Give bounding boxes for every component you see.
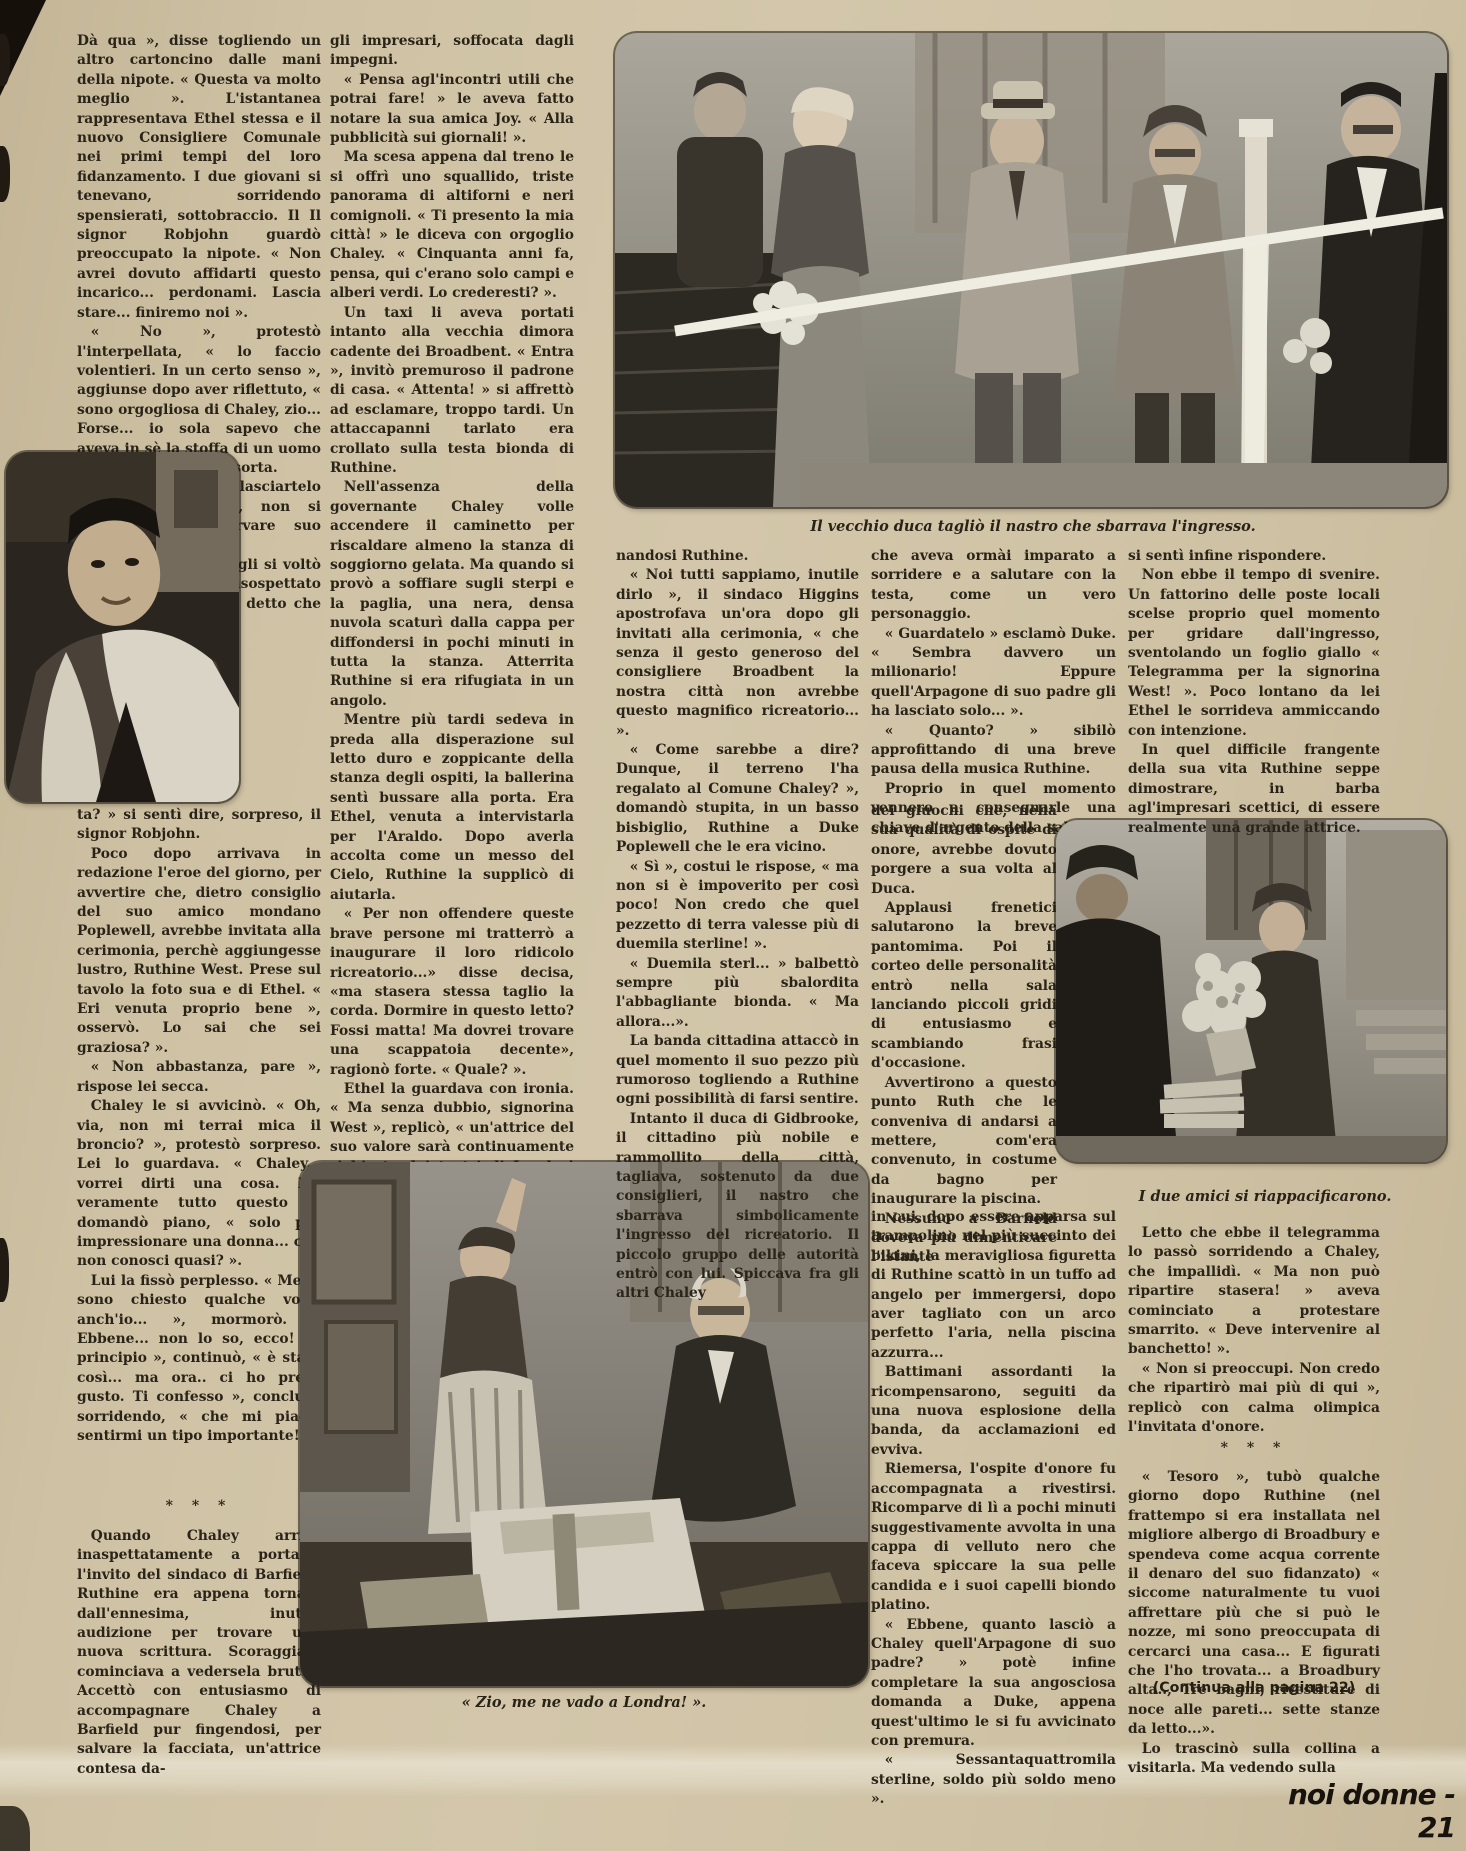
caption-middle-photo: « Zio, me ne vado a Londra! ». xyxy=(300,1694,868,1711)
photo-man-portrait-art xyxy=(6,452,239,802)
page-corner-shadow xyxy=(0,1806,30,1851)
paragraph: Quando Chaley arrivò inaspettatamente a … xyxy=(77,1527,321,1779)
paragraph: « Sì », costui le rispose, « ma non si è… xyxy=(616,858,859,955)
paragraph: Lui la fissò perplesso. « Me lo sono chi… xyxy=(77,1272,321,1447)
paragraph: si sentì infine rispondere. xyxy=(1128,547,1380,566)
article-column-1-bottom: ta? » si sentì dire, sorpreso, il signor… xyxy=(77,806,321,1446)
paragraph: Non ebbe il tempo di svenire. Un fattori… xyxy=(1128,566,1380,741)
photo-two-friends xyxy=(1056,820,1446,1162)
paragraph: « Per non offendere queste brave persone… xyxy=(330,905,574,1080)
paragraph: nandosi Ruthine. xyxy=(616,547,859,566)
paragraph: gli impresari, soffocata dagli impegni. xyxy=(330,32,574,71)
paragraph: « Tesoro », tubò qualche giorno dopo Rut… xyxy=(1128,1468,1380,1740)
continuation-note: (Continua alla pagina 22) xyxy=(1128,1680,1380,1696)
paragraph: « Pensa agl'incontri utili che potrai fa… xyxy=(330,71,574,149)
paragraph: ta? » si sentì dire, sorpreso, il signor… xyxy=(77,806,321,845)
paragraph: Battimani assordanti la ricompensarono, … xyxy=(871,1363,1116,1460)
section-separator: * * * xyxy=(1128,1440,1380,1456)
paragraph: Nell'assenza della governante Chaley vol… xyxy=(330,478,574,711)
paragraph: « Duemila sterl... » balbettò sempre più… xyxy=(616,955,859,1033)
article-column-4-top: che aveva ormài imparato a sorridere e a… xyxy=(871,547,1116,838)
paragraph: La banda cittadina attaccò in quel momen… xyxy=(616,1032,859,1110)
paragraph: Avvertirono a questo punto Ruth che le c… xyxy=(871,1074,1057,1210)
paragraph: Riemersa, l'ospite d'onore fu accompagna… xyxy=(871,1460,1116,1615)
article-column-1-end: Quando Chaley arrivò inaspettatamente a … xyxy=(77,1527,321,1779)
photo-ribbon-cutting xyxy=(615,33,1447,507)
paragraph: in cui, dopo essere apparsa sul trampoli… xyxy=(871,1208,1116,1363)
paragraph: Letto che ebbe il telegramma lo passò so… xyxy=(1128,1224,1380,1360)
magazine-page: Il vecchio duca tagliò il nastro che sba… xyxy=(0,0,1466,1851)
paragraph: « Sessantaquattromila sterline, soldo pi… xyxy=(871,1751,1116,1809)
paragraph: Poco dopo arrivava in redazione l'eroe d… xyxy=(77,845,321,1058)
article-column-5-mid: Letto che ebbe il telegramma lo passò so… xyxy=(1128,1224,1380,1437)
paragraph: Intanto il duca di Gidbrooke, il cittadi… xyxy=(616,1110,859,1304)
paragraph: dei giuochi che, nella sua qualità di os… xyxy=(871,802,1057,899)
paragraph: che aveva ormài imparato a sorridere e a… xyxy=(871,547,1116,625)
paragraph: Lo trascinò sulla collina a visitarla. M… xyxy=(1128,1740,1380,1779)
caption-top-photo: Il vecchio duca tagliò il nastro che sba… xyxy=(630,518,1436,535)
paragraph: Dà qua », disse togliendo un altro carto… xyxy=(77,32,321,323)
paragraph: « Guardatelo » esclamò Duke. « Sembra da… xyxy=(871,625,1116,722)
article-column-5-end: « Tesoro », tubò qualche giorno dopo Rut… xyxy=(1128,1468,1380,1779)
binding-mark xyxy=(0,146,10,202)
magazine-footer-page-number: noi donne - 21 xyxy=(1255,1778,1455,1844)
photo-man-portrait xyxy=(6,452,239,802)
paragraph: Chaley le si avvicinò. « Oh, via, non mi… xyxy=(77,1097,321,1272)
binding-mark xyxy=(0,1238,9,1302)
photo-ribbon-cutting-art xyxy=(615,33,1447,507)
article-column-2: gli impresari, soffocata dagli impegni. … xyxy=(330,32,574,1352)
paragraph: « Non si preoccupi. Non credo che ripart… xyxy=(1128,1360,1380,1438)
paragraph: « Noi tutti sappiamo, inutile dirlo », i… xyxy=(616,566,859,741)
article-column-5-top: si sentì infine rispondere. Non ebbe il … xyxy=(1128,547,1380,838)
article-column-4-narrow: dei giuochi che, nella sua qualità di os… xyxy=(871,802,1057,1268)
article-column-3: nandosi Ruthine. « Noi tutti sappiamo, i… xyxy=(616,547,859,1304)
paragraph: « Come sarebbe a dire? Dunque, il terren… xyxy=(616,741,859,857)
section-separator: * * * xyxy=(77,1498,321,1514)
paragraph: Mentre più tardi sedeva in preda alla di… xyxy=(330,711,574,905)
caption-right-photo: I due amici si riappacificarono. xyxy=(1090,1188,1440,1205)
article-column-4-bottom: in cui, dopo essere apparsa sul trampoli… xyxy=(871,1208,1116,1810)
paragraph: « Ebbene, quanto lasciò a Chaley quell'A… xyxy=(871,1616,1116,1752)
photo-two-friends-art xyxy=(1056,820,1446,1162)
binding-mark xyxy=(0,34,10,86)
paragraph: In quel difficile frangente della sua vi… xyxy=(1128,741,1380,838)
paragraph: « Quanto? » sibilò approfittando di una … xyxy=(871,722,1116,780)
paragraph: Un taxi li aveva portati intanto alla ve… xyxy=(330,304,574,479)
paragraph: Applausi frenetici salutarono la breve p… xyxy=(871,899,1057,1074)
paragraph: « Non abbastanza, pare », rispose lei se… xyxy=(77,1058,321,1097)
paragraph: Ma scesa appena dal treno le si offrì un… xyxy=(330,148,574,303)
